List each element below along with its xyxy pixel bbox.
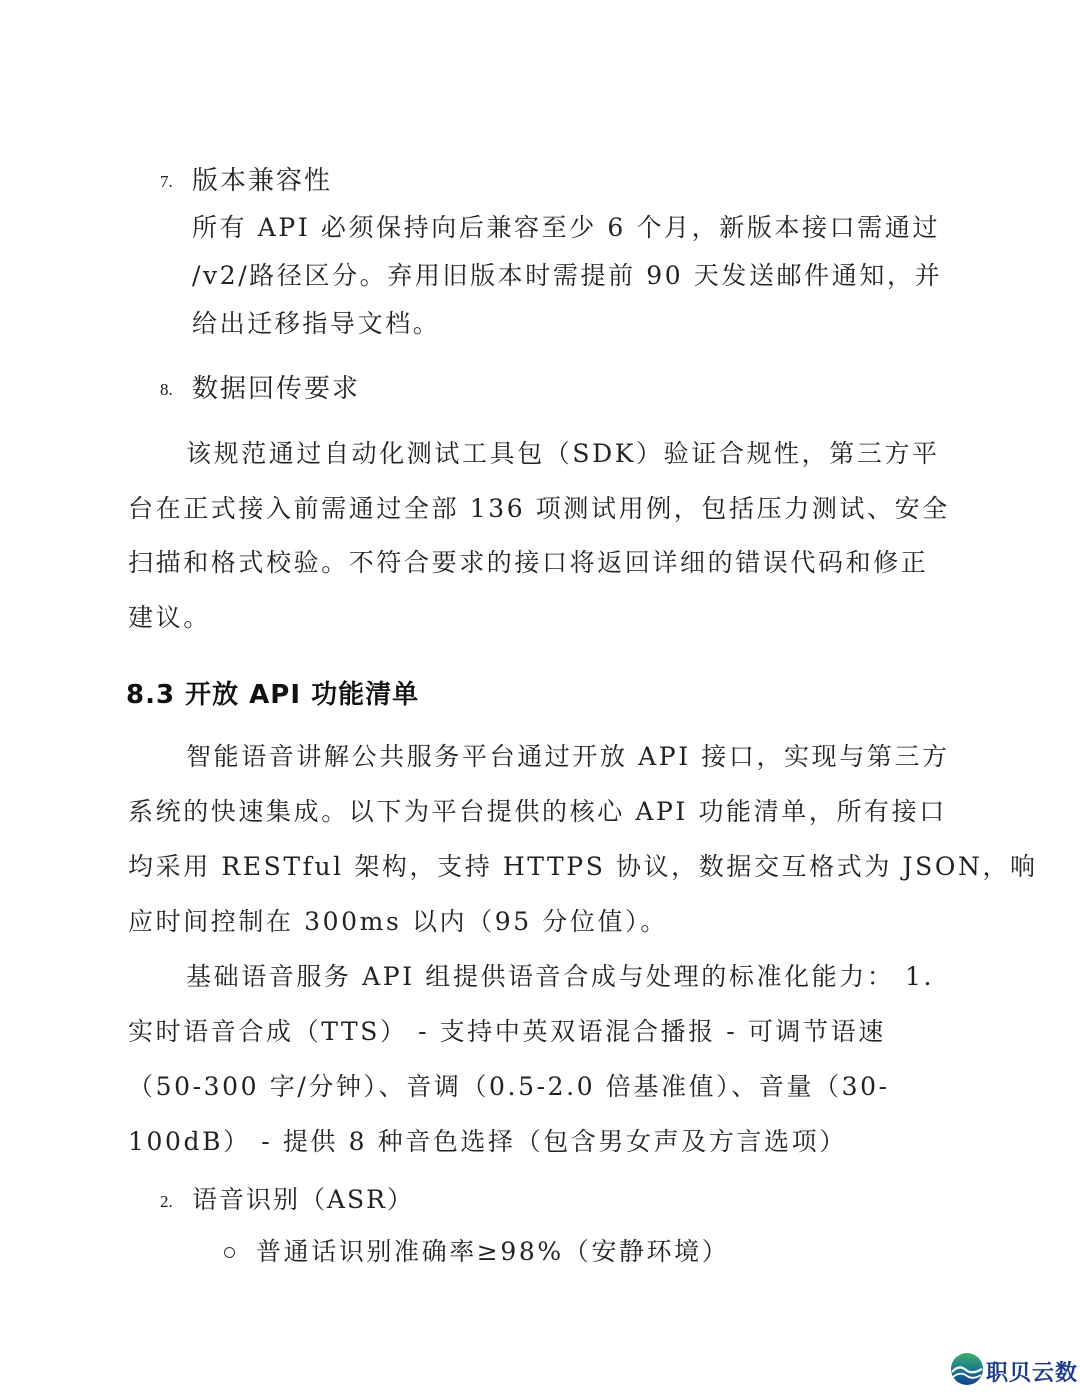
paragraph-line: 给出迁移指导文档。 <box>192 304 440 340</box>
paragraph-line: 扫描和格式校验。不符合要求的接口将返回详细的错误代码和修正 <box>128 543 928 579</box>
paragraph-line: 建议。 <box>128 598 211 634</box>
paragraph-line: 100dB） - 提供 8 种音色选择（包含男女声及方言选项） <box>128 1122 847 1158</box>
paragraph-line: 该规范通过自动化测试工具包（SDK）验证合规性，第三方平 <box>186 434 940 470</box>
list-number: 2. <box>160 1192 173 1212</box>
item-title: 版本兼容性 <box>192 160 332 197</box>
watermark-logo: 职贝云数 <box>950 1352 1078 1390</box>
paragraph-line: 所有 API 必须保持向后兼容至少 6 个月，新版本接口需通过 <box>192 208 940 244</box>
paragraph-line: /v2/路径区分。弃用旧版本时需提前 90 天发送邮件通知，并 <box>192 256 942 292</box>
item-title: 语音识别（ASR） <box>192 1180 414 1216</box>
item-title: 数据回传要求 <box>192 368 360 405</box>
bullet-item: 普通话识别准确率≥98%（安静环境） <box>256 1232 729 1268</box>
watermark-text: 职贝云数 <box>986 1356 1078 1387</box>
wave-globe-logo-icon <box>950 1352 984 1390</box>
paragraph-line: 台在正式接入前需通过全部 136 项测试用例，包括压力测试、安全 <box>128 489 950 525</box>
paragraph-line: 智能语音讲解公共服务平台通过开放 API 接口，实现与第三方 <box>186 737 950 773</box>
paragraph-line: 系统的快速集成。以下为平台提供的核心 API 功能清单，所有接口 <box>128 792 947 828</box>
paragraph-line: 应时间控制在 300ms 以内（95 分位值）。 <box>128 902 668 938</box>
paragraph-line: （50-300 字/分钟）、音调（0.5-2.0 倍基准值）、音量（30- <box>128 1067 890 1103</box>
list-number: 7. <box>160 172 173 192</box>
list-number: 8. <box>160 380 173 400</box>
bullet-circle-icon <box>224 1247 235 1258</box>
paragraph-line: 实时语音合成（TTS） - 支持中英双语混合播报 - 可调节语速 <box>128 1012 886 1048</box>
paragraph-line: 基础语音服务 API 组提供语音合成与处理的标准化能力： 1. <box>186 957 934 993</box>
paragraph-line: 均采用 RESTful 架构，支持 HTTPS 协议，数据交互格式为 JSON，… <box>128 847 1038 883</box>
section-heading: 8.3 开放 API 功能清单 <box>126 674 419 711</box>
